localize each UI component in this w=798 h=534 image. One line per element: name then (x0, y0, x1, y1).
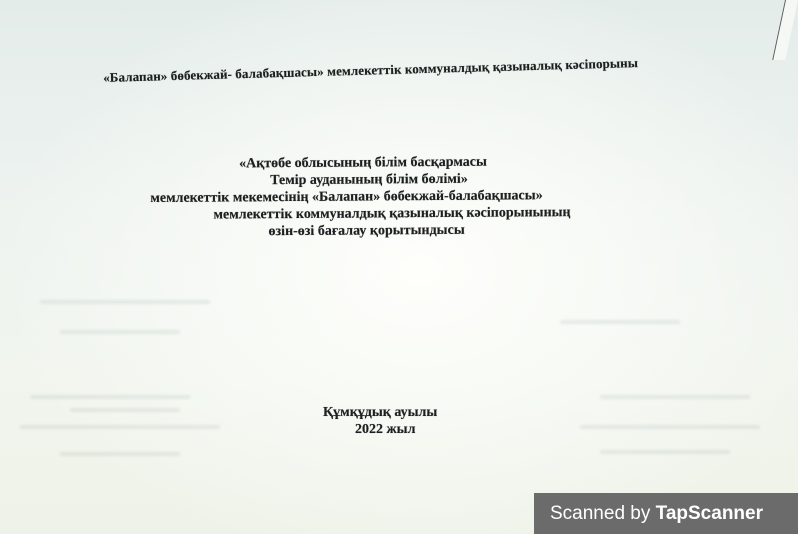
scanned-page: «Балапан» бөбекжай- балабақшасы» мемлеке… (0, 0, 798, 534)
bleed-through-mark (560, 320, 680, 324)
title-line: Темір ауданының білім бөлімі» (270, 169, 790, 190)
title-line: өзін-өзі бағалау қорытындысы (268, 220, 788, 241)
bleed-through-mark (20, 425, 220, 429)
bleed-through-mark (70, 408, 180, 412)
document-title: «Ақтөбе облысының білім басқармасы Темір… (150, 152, 671, 241)
organization-line: «Балапан» бөбекжай- балабақшасы» мемлеке… (103, 55, 638, 86)
bleed-through-mark (600, 450, 730, 454)
tapscanner-watermark: Scanned by TapScanner (534, 493, 798, 534)
bleed-through-mark (40, 300, 210, 304)
watermark-brand: TapScanner (656, 503, 763, 524)
place-name: Құмқұдық ауылы (323, 405, 437, 421)
document-year: 2022 жыл (355, 422, 415, 438)
bleed-through-mark (60, 452, 180, 456)
underlying-page-edge (772, 0, 798, 60)
watermark-prefix: Scanned by (550, 503, 650, 524)
bleed-through-mark (580, 425, 760, 429)
bleed-through-mark (60, 330, 180, 334)
bleed-through-mark (30, 395, 190, 399)
bleed-through-mark (600, 395, 750, 399)
